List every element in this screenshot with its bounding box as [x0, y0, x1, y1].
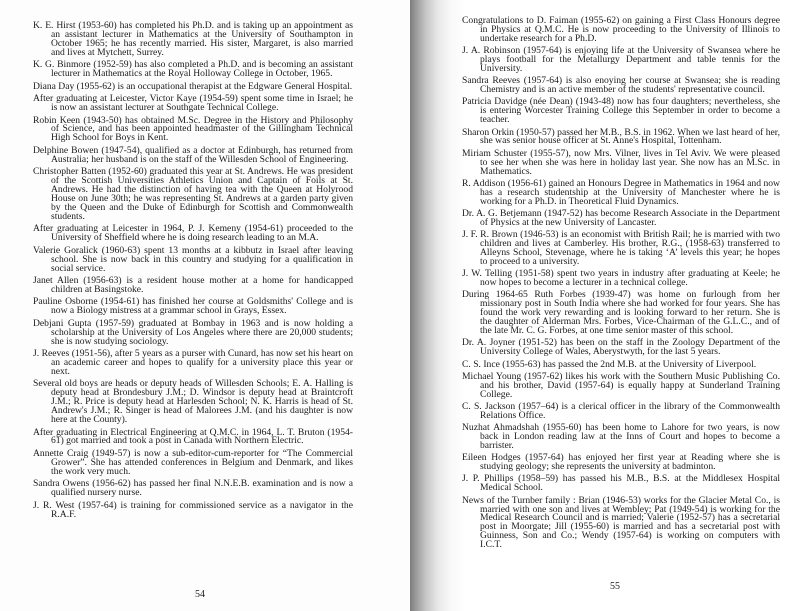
news-entry: C. S. Jackson (1957–64) is a clerical of… [462, 403, 780, 421]
news-entry: J. W. Telling (1951-58) spent two years … [462, 270, 780, 288]
news-entry: Valerie Goralick (1960-63) spent 13 mont… [33, 247, 353, 274]
news-entry: After graduating at Leicester in 1964, P… [33, 225, 353, 243]
news-entry: K. E. Hirst (1953-60) has completed his … [33, 22, 353, 58]
news-entry: Patricia Davidge (née Dean) (1943-48) no… [462, 98, 780, 125]
right-page: Congratulations to D. Faiman (1955-62) o… [410, 0, 803, 611]
book-spread: K. E. Hirst (1953-60) has completed his … [0, 0, 803, 611]
news-entry: Annette Craig (1949-57) is now a sub-edi… [33, 450, 353, 477]
news-entry: Michael Young (1957-62) likes his work w… [462, 373, 780, 400]
news-entry: Christopher Batten (1952-60) graduated t… [33, 168, 353, 221]
news-entry: Several old boys are heads or deputy hea… [33, 380, 353, 425]
news-entry: Robin Keen (1943-50) has obtained M.Sc. … [33, 117, 353, 144]
news-entry: After graduating in Electrical Engineeri… [33, 429, 353, 447]
news-entry: Debjani Gupta (1957-59) graduated at Bom… [33, 320, 353, 347]
left-page-number: 54 [180, 589, 220, 600]
left-page-content: K. E. Hirst (1953-60) has completed his … [33, 22, 353, 523]
news-entry: Sandra Owens (1956-62) has passed her fi… [33, 480, 353, 498]
news-entry: J. P. Phillips (1958–59) has passed his … [462, 475, 780, 493]
news-entry: Miriam Schuster (1955-57), now Mrs. Viln… [462, 150, 780, 177]
news-entry: Janet Allen (1956-63) is a resident hous… [33, 277, 353, 295]
news-entry: R. Addison (1956-61) gained an Honours D… [462, 180, 780, 207]
news-entry: Dr. A. Joyner (1951-52) has been on the … [462, 339, 780, 357]
news-entry: Delphine Bowen (1947-54), qualified as a… [33, 147, 353, 165]
news-entry: Sandra Reeves (1957-64) is also enoying … [462, 77, 780, 95]
news-entry: Congratulations to D. Faiman (1955-62) o… [462, 17, 780, 44]
news-entry: J. A. Robinson (1957-64) is enjoying lif… [462, 47, 780, 74]
news-entry: Dr. A. G. Betjemann (1947-52) has become… [462, 210, 780, 228]
news-entry: J. F. R. Brown (1946-53) is an economist… [462, 231, 780, 267]
news-entry: C. S. Ince (1955-63) has passed the 2nd … [462, 361, 780, 370]
left-page: K. E. Hirst (1953-60) has completed his … [0, 0, 410, 611]
news-entry: Sharon Orkin (1950-57) passed her M.B., … [462, 129, 780, 147]
news-entry: During 1964-65 Ruth Forbes (1939-47) was… [462, 291, 780, 336]
right-page-number: 55 [595, 581, 635, 592]
news-entry: Eileen Hodges (1957-64) has enjoyed her … [462, 454, 780, 472]
news-entry: After graduating at Leicester, Victor Ka… [33, 95, 353, 113]
news-entry: J. R. West (1957-64) is training for com… [33, 502, 353, 520]
news-entry: Diana Day (1955-62) is an occupational t… [33, 83, 353, 92]
news-entry: News of the Turnber family : Brian (1946… [462, 497, 780, 550]
news-entry: Pauline Osborne (1954-61) has finished h… [33, 298, 353, 316]
news-entry: J. Reeves (1951-56), after 5 years as a … [33, 350, 353, 377]
news-entry: K. G. Binmore (1952-59) has also complet… [33, 61, 353, 79]
right-page-content: Congratulations to D. Faiman (1955-62) o… [462, 17, 780, 553]
news-entry: Nuzhat Ahmadshah (1955-60) has been home… [462, 424, 780, 451]
